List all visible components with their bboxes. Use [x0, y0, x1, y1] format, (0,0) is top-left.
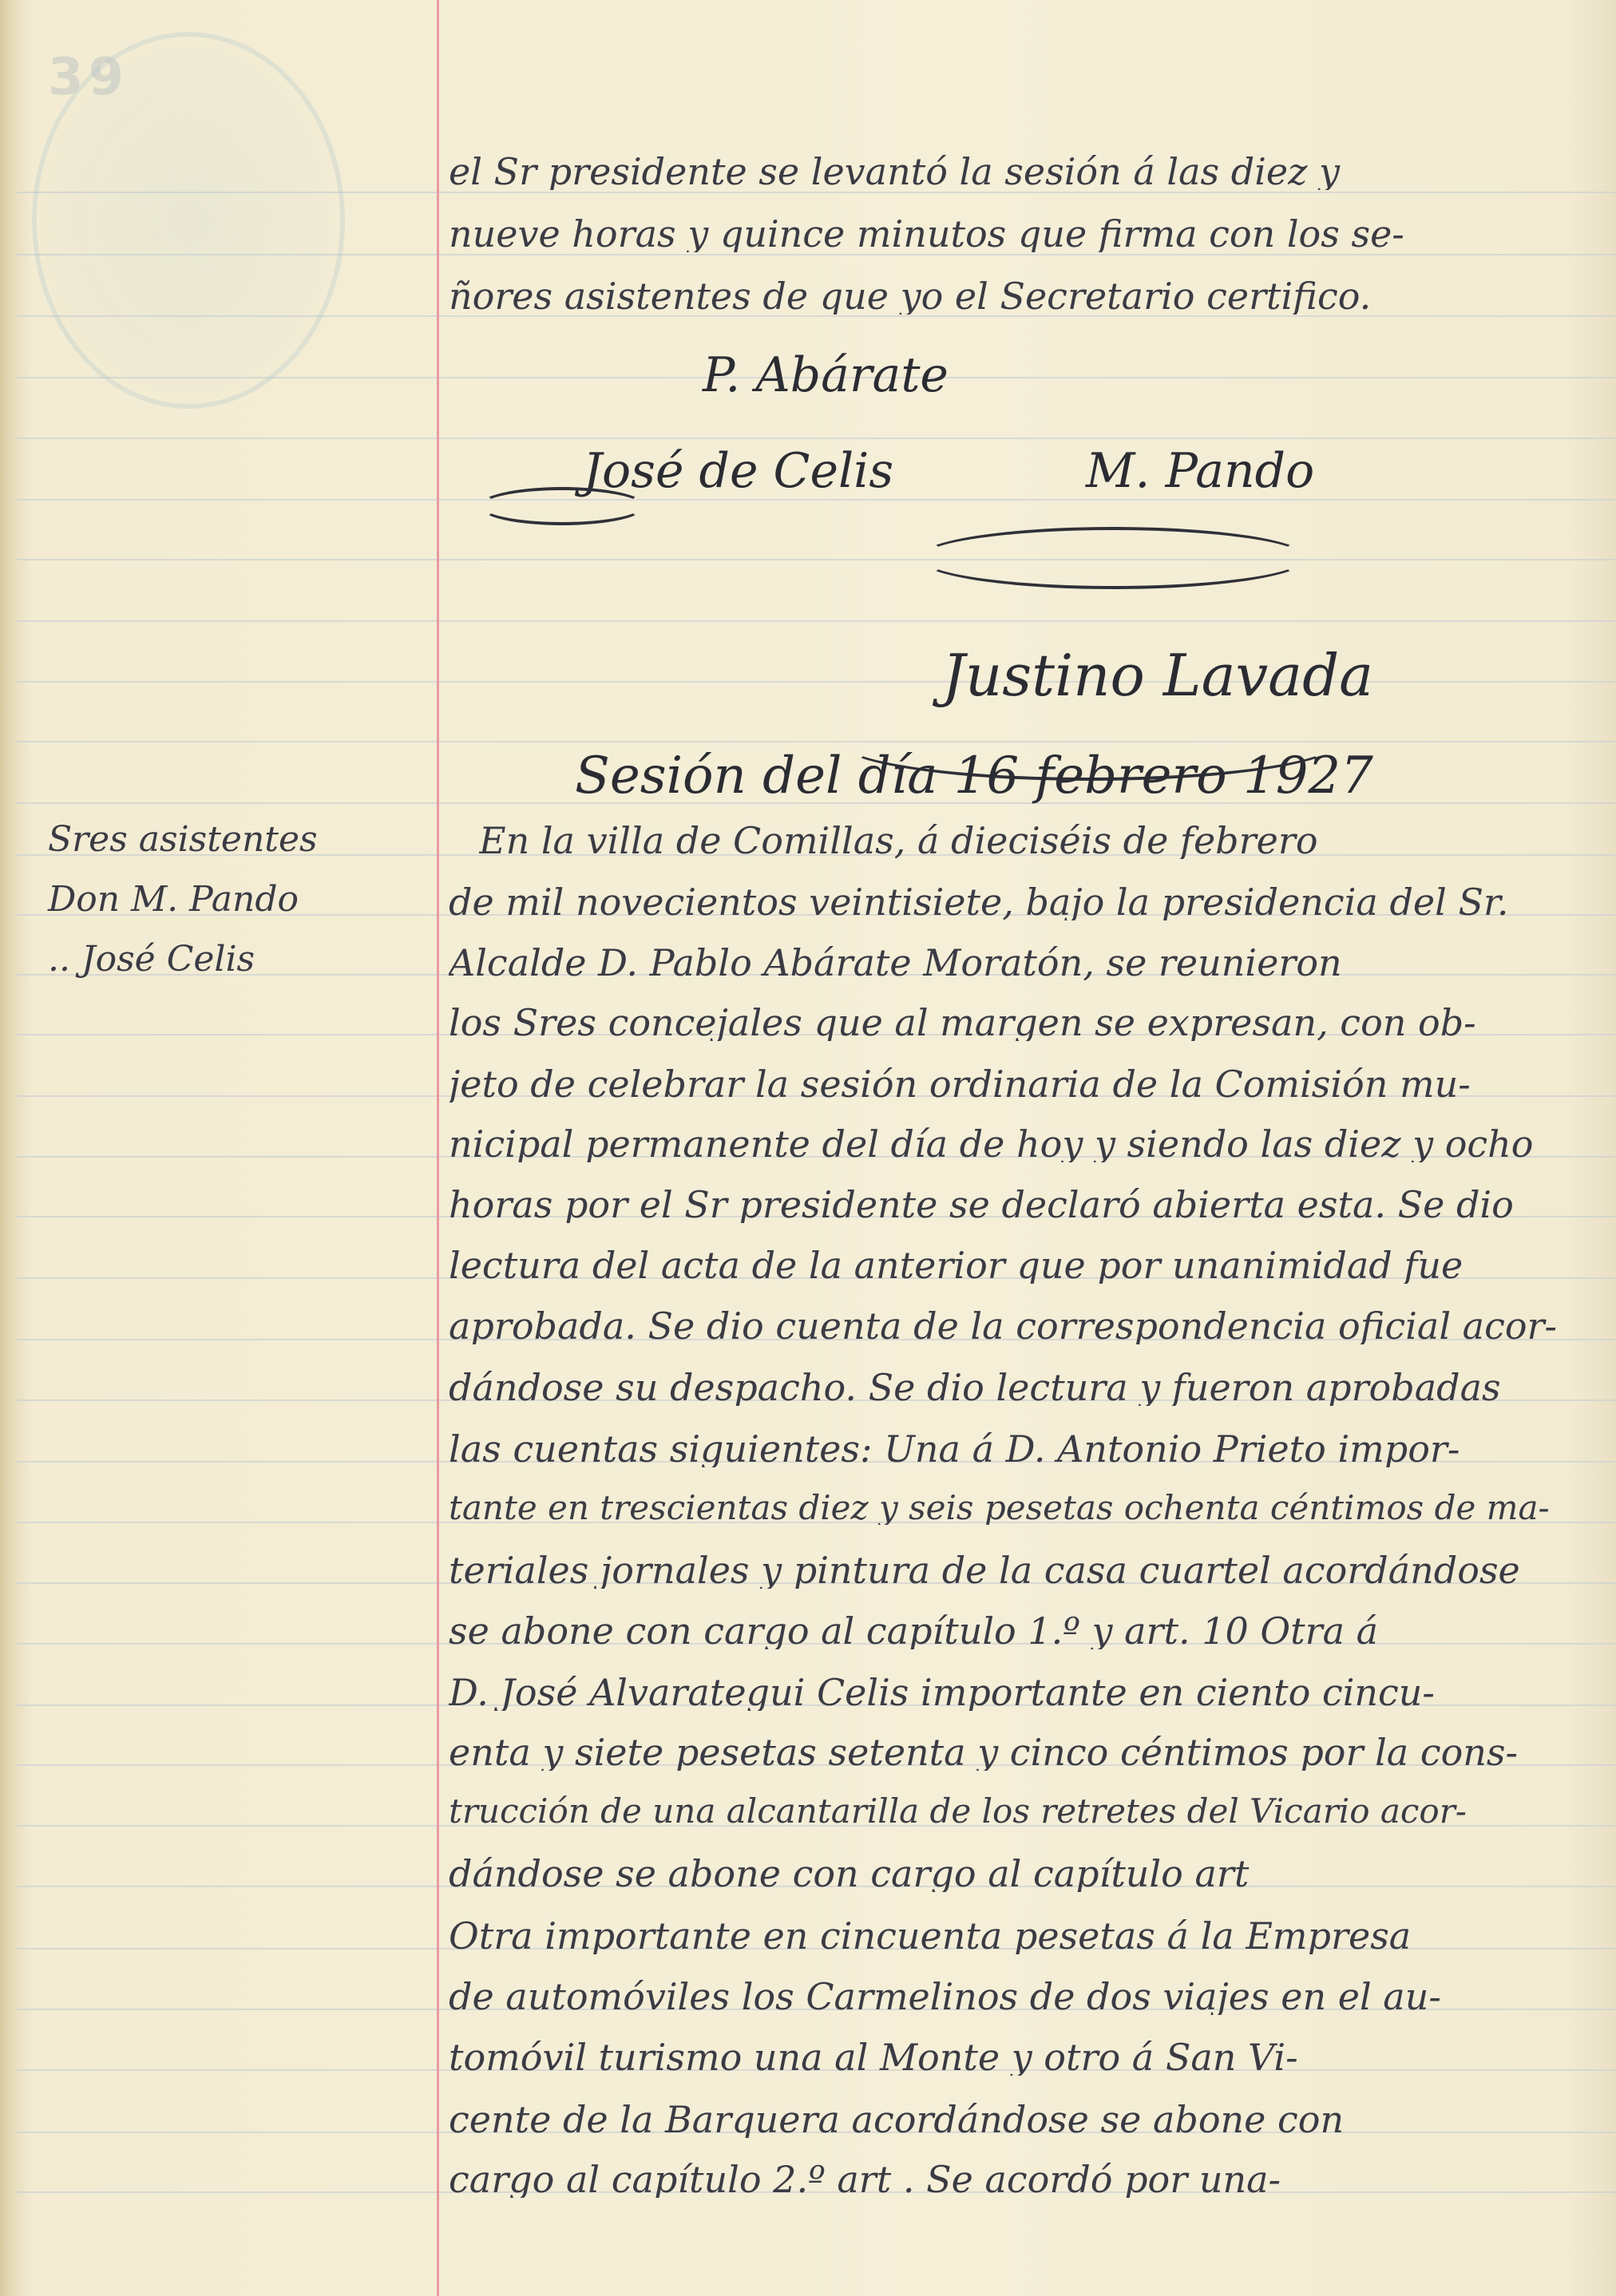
ruled-line: [16, 499, 1616, 501]
ruled-line: [16, 437, 1616, 439]
ledger-page: 39 el Sr presidente se levantó la sesión…: [0, 0, 1616, 2296]
rubric-flourish: [918, 527, 1308, 589]
minutes-line: D. José Alvarategui Celis importante en …: [449, 1674, 1598, 1711]
minutes-line: teriales jornales y pintura de la casa c…: [449, 1552, 1598, 1589]
minutes-line: dándose se abone con cargo al capítulo a…: [449, 1855, 1598, 1892]
folio-number: 39: [48, 48, 129, 107]
minutes-line: tomóvil turismo una al Monte y otro á Sa…: [449, 2039, 1598, 2076]
signature-jose-de-celis: José de Celis: [583, 447, 893, 495]
minutes-line: Alcalde D. Pablo Abárate Moratón, se reu…: [449, 944, 1598, 981]
margin-attendees-title: Sres asistentes: [48, 822, 318, 857]
ruled-line: [16, 741, 1616, 742]
minutes-line: cargo al capítulo 2.º art . Se acordó po…: [449, 2161, 1598, 2198]
minutes-line: tante en trescientas diez y seis pesetas…: [449, 1491, 1598, 1525]
minutes-line: jeto de celebrar la sesión ordinaria de …: [449, 1066, 1598, 1102]
minutes-line: horas por el Sr presidente se declaró ab…: [449, 1186, 1598, 1223]
closing-line: el Sr presidente se levantó la sesión á …: [449, 153, 1598, 190]
minutes-line: de mil novecientos veintisiete, bajo la …: [449, 884, 1598, 920]
red-margin-line: [437, 0, 439, 2296]
signature-flourish: [479, 487, 645, 525]
signature-abarate: P. Abárate: [703, 351, 949, 399]
ruled-line: [16, 620, 1616, 622]
minutes-line: se abone con cargo al capítulo 1.º y art…: [449, 1613, 1598, 1649]
minutes-line: enta y siete pesetas setenta y cinco cén…: [449, 1734, 1598, 1771]
minutes-line: dándose su despacho. Se dio lectura y fu…: [449, 1369, 1598, 1406]
minutes-line: aprobada. Se dio cuenta de la correspond…: [449, 1308, 1598, 1344]
session-heading: Sesión del día 16 febrero 1927: [575, 750, 1373, 802]
ruled-line: [16, 559, 1616, 560]
minutes-line: lectura del acta de la anterior que por …: [449, 1247, 1598, 1284]
minutes-line: cente de la Barquera acordándose se abon…: [449, 2101, 1598, 2138]
minutes-line: nicipal permanente del día de hoy y sien…: [449, 1126, 1598, 1162]
signature-secretary: Justino Lavada: [942, 647, 1373, 704]
closing-line: ñores asistentes de que yo el Secretario…: [449, 278, 1598, 315]
minutes-line: trucción de una alcantarilla de los retr…: [449, 1795, 1598, 1828]
margin-attendee: Don M. Pando: [48, 882, 299, 917]
margin-attendee: .. José Celis: [48, 942, 255, 977]
minutes-line: las cuentas siguientes: Una á D. Antonio…: [449, 1431, 1598, 1467]
closing-line: nueve horas y quince minutos que firma c…: [449, 216, 1598, 252]
minutes-line: En la villa de Comillas, á dieciséis de …: [479, 822, 1616, 859]
ruled-line: [16, 681, 1616, 683]
minutes-line: de automóviles los Carmelinos de dos via…: [449, 1978, 1598, 2015]
signature-m-pando: M. Pando: [1086, 447, 1314, 495]
minutes-line: Otra importante en cincuenta pesetas á l…: [449, 1918, 1598, 1954]
minutes-line: los Sres concejales que al margen se exp…: [449, 1004, 1598, 1041]
